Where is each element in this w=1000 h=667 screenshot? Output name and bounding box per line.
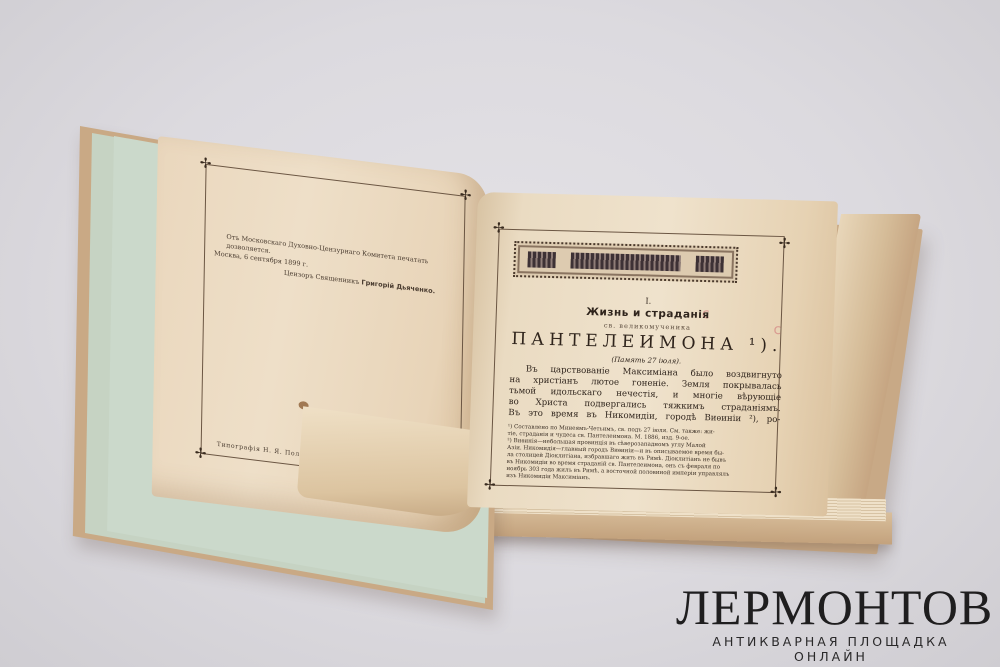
headpiece-ornament: [513, 241, 738, 283]
corner-ornament-icon: ✢: [776, 236, 793, 252]
corner-ornament-icon: ✢: [481, 477, 498, 493]
ornament-panel: [695, 256, 724, 273]
ornament-panel: [527, 251, 556, 268]
footnotes: ¹) Составлено по Минеямъ-Четьимъ, св. по…: [502, 424, 784, 487]
photo-scene: ✢ ✢ ✢ ✢ Отъ Московскаго Духовно-Цензурна…: [0, 0, 1000, 667]
watermark-tagline: АНТИКВАРНАЯ ПЛОЩАДКА ОНЛАЙН: [676, 634, 986, 664]
corner-ornament-icon: ✢: [767, 485, 784, 501]
ornament-panel: [570, 252, 681, 271]
watermark-logo: ЛЕРМОНТОВ АНТИКВАРНАЯ ПЛОЩАДКА ОНЛАЙН: [676, 582, 986, 664]
corner-ornament-icon: ✢: [192, 445, 208, 463]
right-page: ✢ ✢ ✢ ✢ с с I. Жизнь и страданія св. вел…: [467, 192, 838, 516]
corner-ornament-icon: ✢: [197, 155, 213, 173]
chapter-content: I. Жизнь и страданія св. великомученика …: [502, 293, 789, 487]
corner-ornament-icon: ✢: [490, 220, 507, 236]
corner-ornament-icon: ✢: [457, 187, 473, 205]
body-text: Въ царствованіе Максиміана было воздвигн…: [504, 364, 786, 426]
watermark-name: ЛЕРМОНТОВ: [676, 582, 986, 632]
